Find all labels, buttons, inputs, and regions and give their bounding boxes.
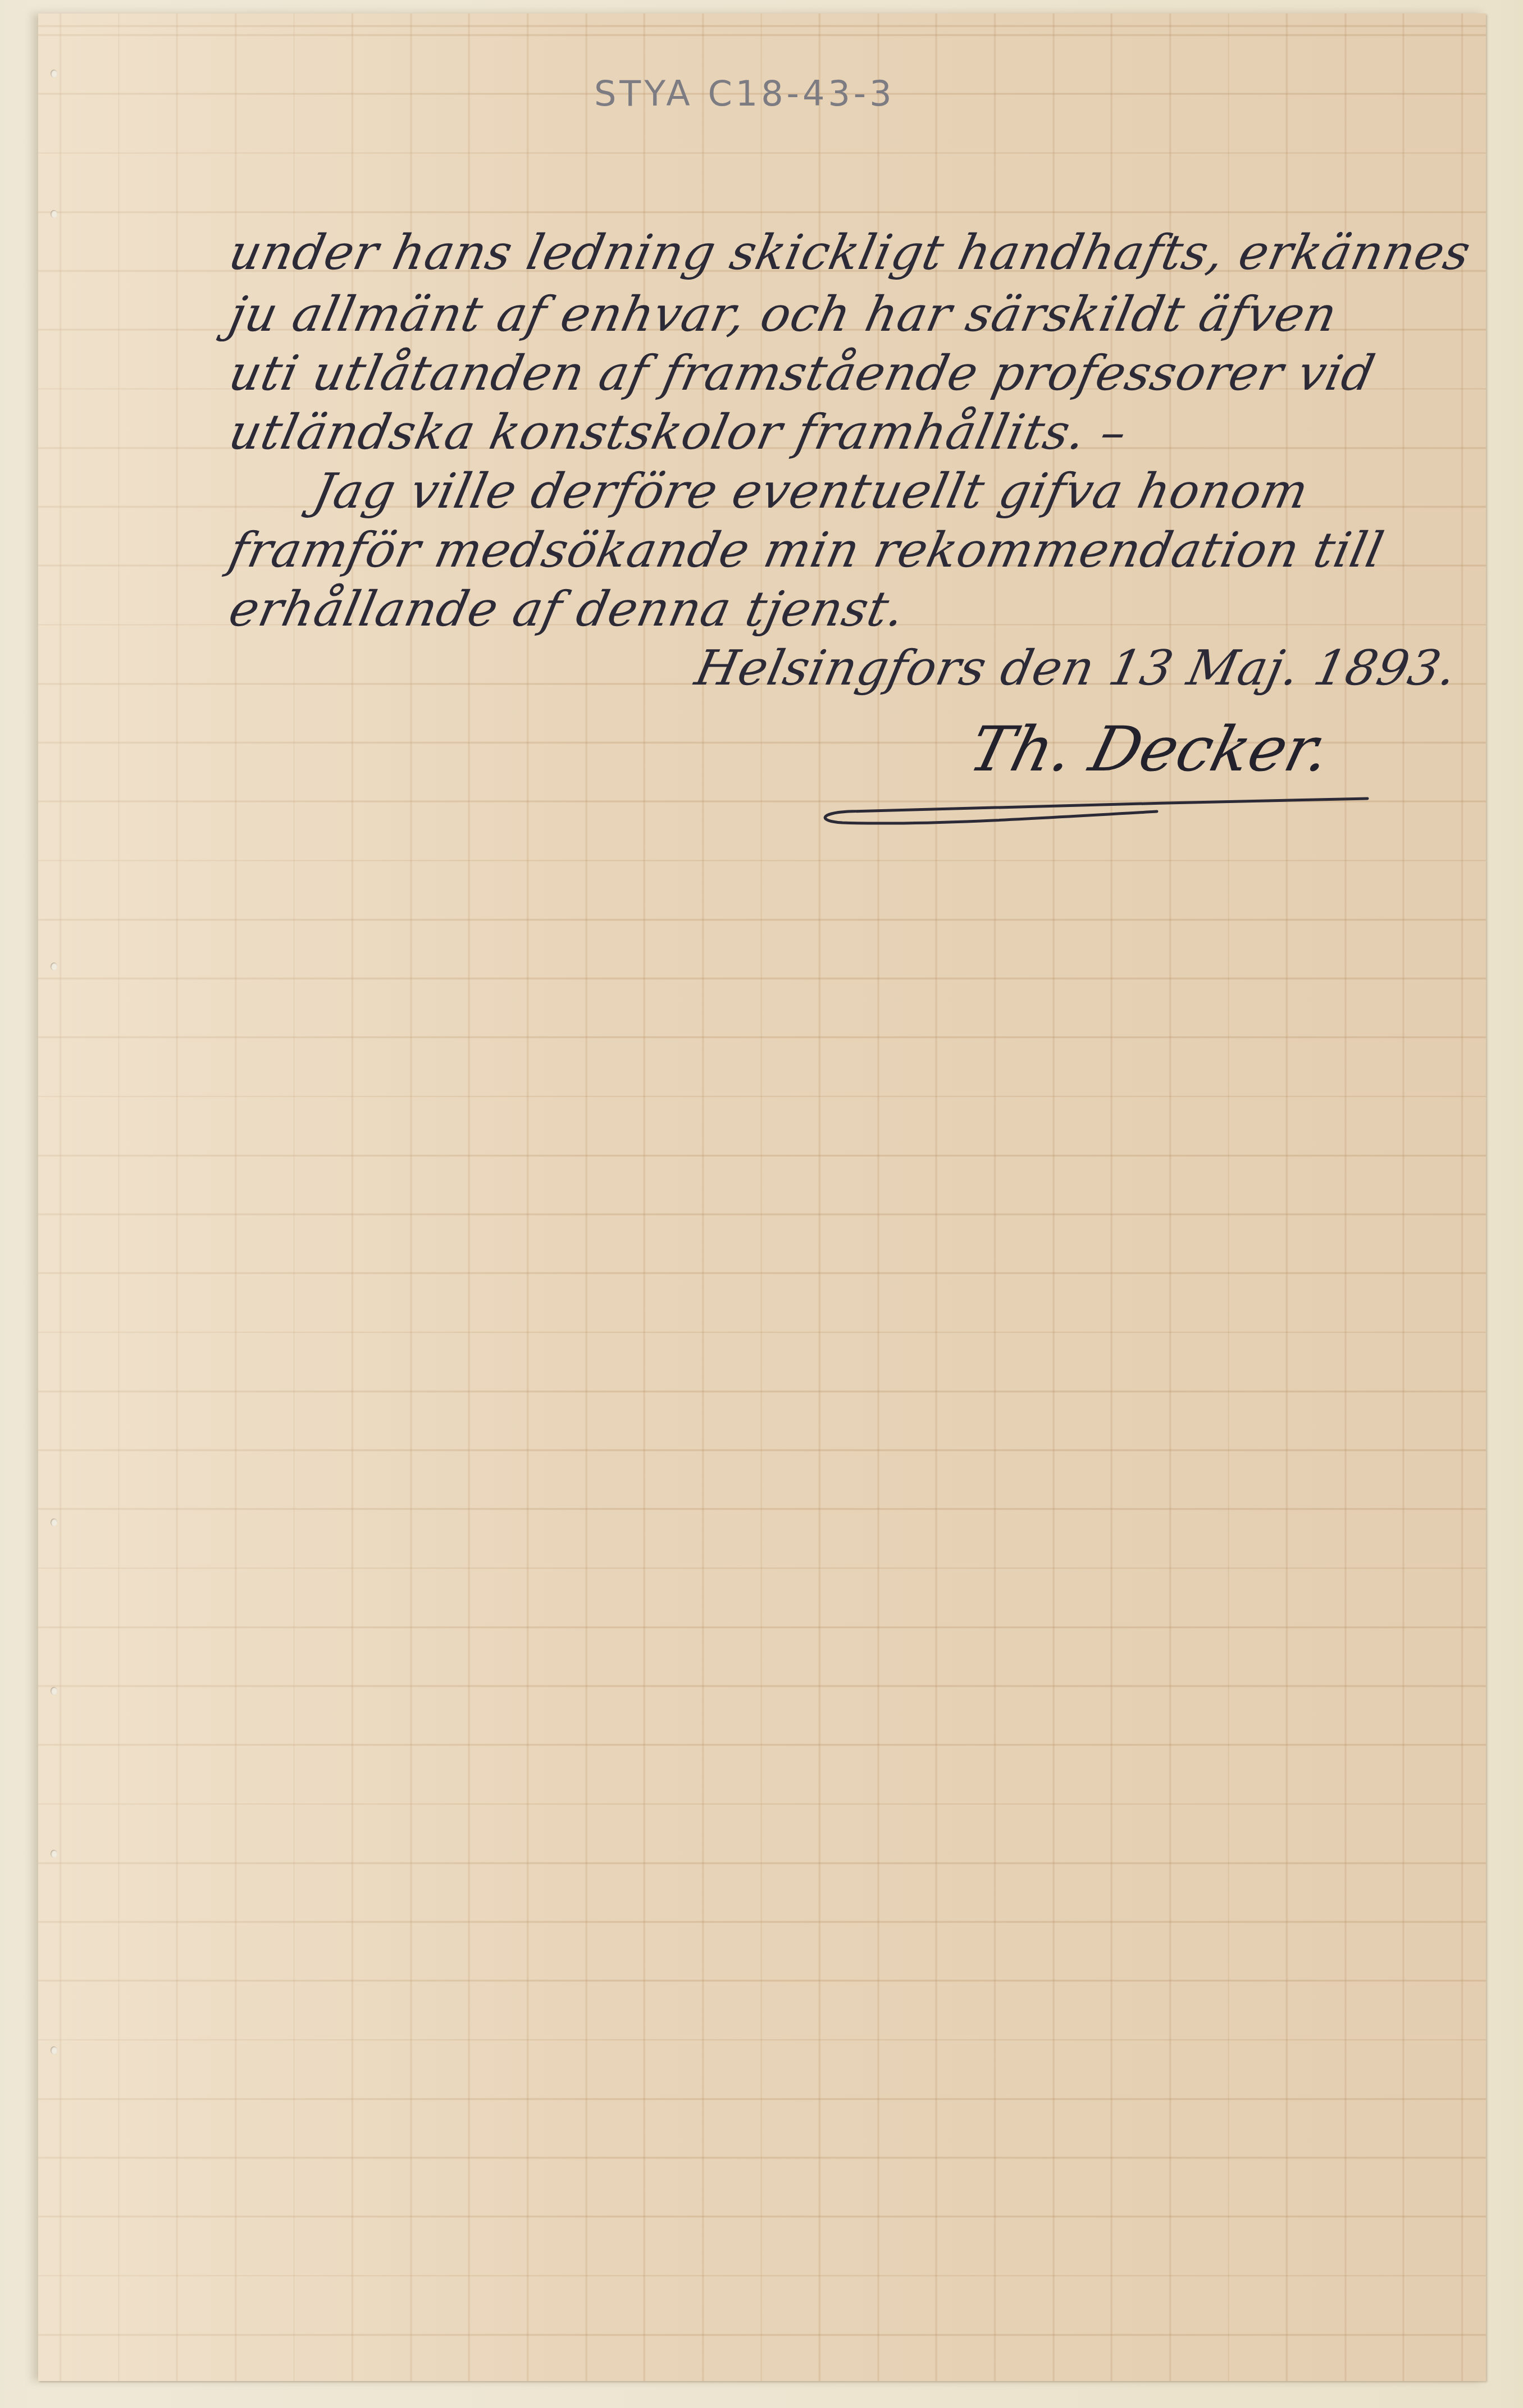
binding-hole bbox=[51, 210, 57, 218]
binding-hole bbox=[51, 1687, 57, 1695]
archive-reference-stamp: STYA C18-43-3 bbox=[594, 73, 895, 114]
dateline: Helsingfors den 13 Maj. 1893. bbox=[690, 640, 1462, 696]
letter-line-7: erhållande af denna tjenst. bbox=[224, 581, 910, 637]
binding-hole bbox=[51, 2046, 57, 2054]
binding-hole bbox=[51, 1850, 57, 1858]
letter-line-3: uti utlåtanden af framstående professore… bbox=[224, 345, 1380, 402]
letter-line-4: utländska konstskolor framhållits. – bbox=[224, 404, 1132, 460]
binding-hole bbox=[51, 70, 57, 77]
signature: Th. Decker. bbox=[963, 713, 1338, 785]
letter-line-2: ju allmänt af enhvar, och har särskildt … bbox=[224, 286, 1342, 343]
signature-underline-flourish bbox=[809, 786, 1370, 831]
letter-line-5: Jag ville derföre eventuellt gifva honom bbox=[308, 463, 1314, 519]
binding-hole bbox=[51, 963, 57, 970]
letter-line-1: under hans ledning skickligt handhafts, … bbox=[224, 225, 1475, 281]
binding-hole bbox=[51, 1518, 57, 1526]
letter-line-6: framför medsökande min rekommendation ti… bbox=[224, 522, 1389, 578]
binding-holes bbox=[51, 13, 62, 2381]
